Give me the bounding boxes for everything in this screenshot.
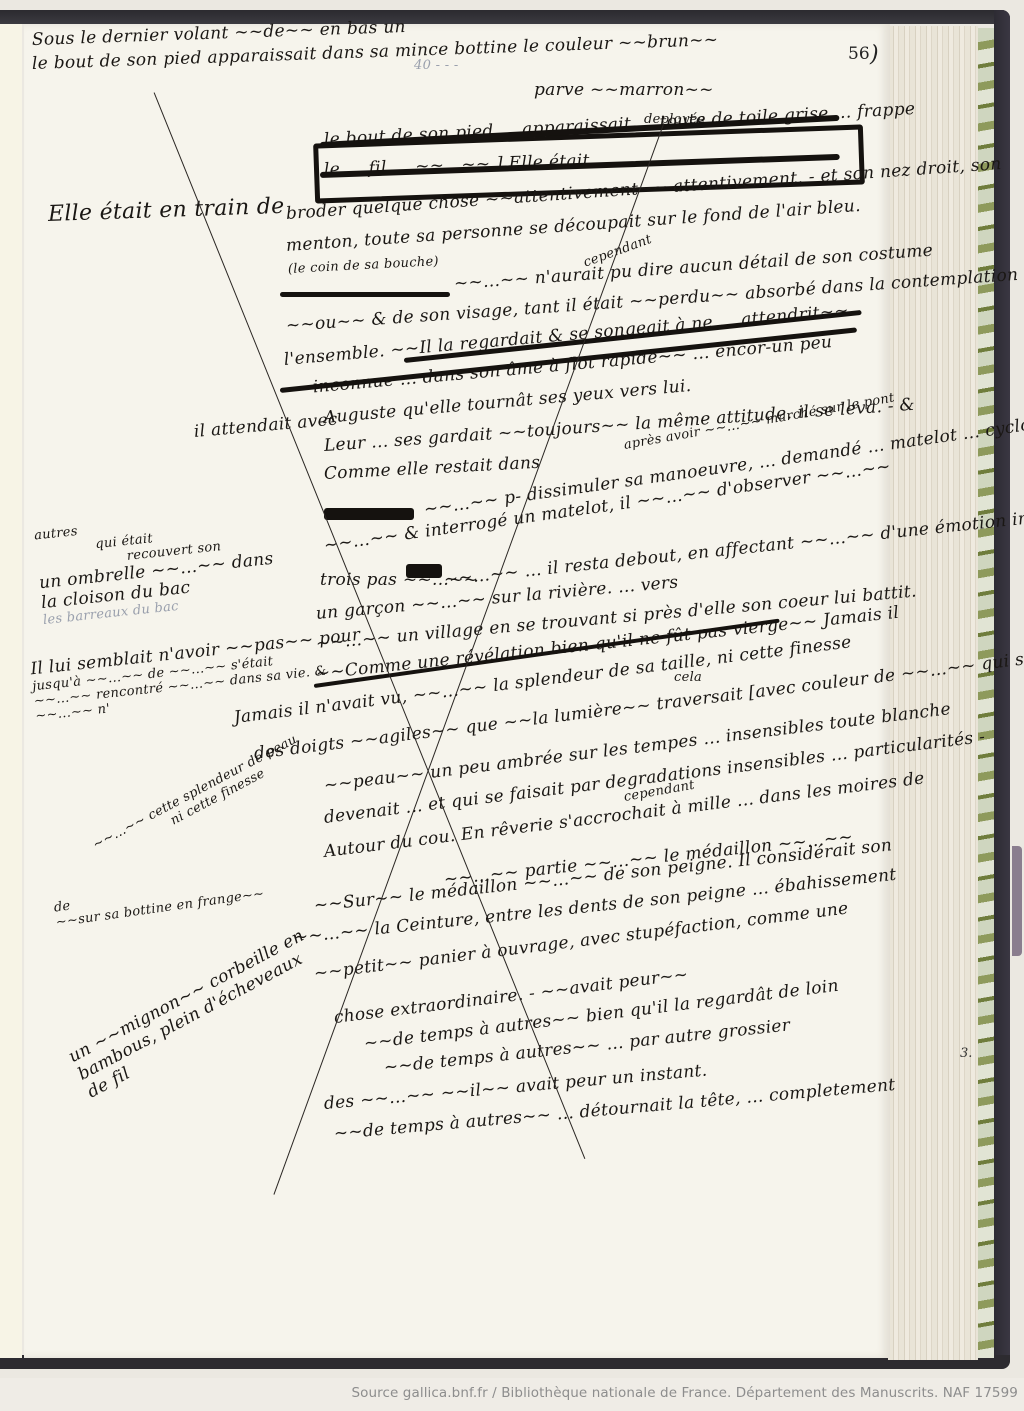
margin-phrase: il attendait avec bbox=[193, 409, 338, 441]
source-attribution: Source gallica.bnf.fr / Bibliothèque nat… bbox=[351, 1385, 1018, 1401]
ribbon-tab bbox=[1012, 846, 1022, 956]
scan-viewport: 3. 56 ) 40 - - - Sous le dernier volant … bbox=[0, 0, 1024, 1378]
manuscript-line: Comme elle restait dans bbox=[323, 453, 540, 484]
insertion: (le coin de sa bouche) bbox=[288, 254, 440, 277]
margin-phrase: Elle était en train de bbox=[48, 194, 285, 227]
ink-blot bbox=[406, 564, 442, 578]
page-stack-edge bbox=[888, 26, 978, 1360]
margin-note: de ~~sur sa bottine en frange~~ bbox=[53, 872, 265, 931]
ink-blot bbox=[324, 508, 414, 520]
margin-note: un ~~mignon~~ corbeille en bambous, plei… bbox=[65, 926, 326, 1103]
book-cover-top bbox=[0, 10, 1010, 24]
manuscript-line: trois pas ~~...~~ bbox=[320, 570, 478, 590]
folio-number: 56 bbox=[848, 44, 870, 64]
stack-margin-mark: 3. bbox=[960, 1046, 972, 1061]
facing-page-edge bbox=[0, 24, 22, 1358]
strike-through bbox=[280, 292, 450, 297]
manuscript-line: parve ~~marron~~ bbox=[534, 80, 714, 100]
manuscript-page: 56 ) 40 - - - Sous le dernier volant ~~d… bbox=[24, 24, 890, 1358]
marbled-endpaper bbox=[978, 28, 994, 1358]
margin-note: ~~...~~ cette splendeur de peau ni cette… bbox=[90, 732, 306, 866]
folio-mark: ) bbox=[870, 42, 879, 67]
margin-note: autres qui était recouvert son un ombrel… bbox=[33, 504, 278, 628]
supralinear-word: cela bbox=[674, 670, 702, 685]
book-cover-right bbox=[994, 10, 1010, 1368]
